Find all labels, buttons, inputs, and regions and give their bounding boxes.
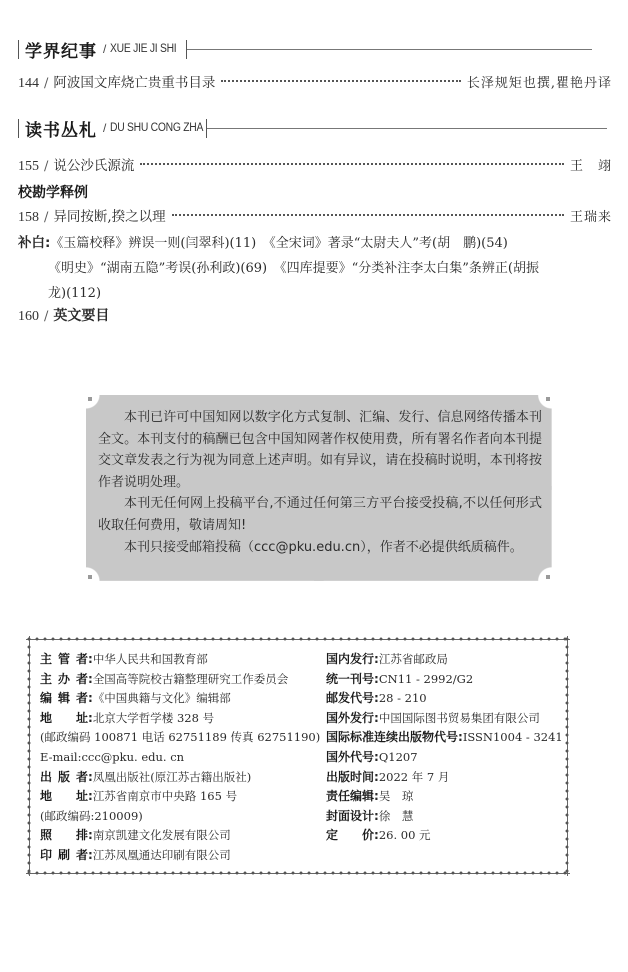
masthead-row: 主办者:全国高等院校古籍整理研究工作委员会 [40,670,320,690]
publication-masthead: 主管者:中华人民共和国教育部 主办者:全国高等院校古籍整理研究工作委员会 编辑者… [26,636,570,876]
masthead-row: 定价:26. 00 元 [326,826,563,846]
masthead-key: 封面设计 [326,807,374,827]
toc-author: 王 翊 [570,157,612,177]
toc-leader-dots [221,80,460,82]
masthead-row: 地址:江苏省南京市中央路 165 号 [40,787,320,807]
copyright-notice: 本刊已许可中国知网以数字化方式复制、汇编、发行、信息网络传播本刊全文。本刊支付的… [86,395,552,581]
masthead-left-column: 主管者:中华人民共和国教育部 主办者:全国高等院校古籍整理研究工作委员会 编辑者… [40,650,320,866]
masthead-row: 出版时间:2022 年 7 月 [326,768,563,788]
masthead-value: 南京凯建文化发展有限公司 [93,826,231,846]
masthead-row: 出版者:凤凰出版社(原江苏古籍出版社) [40,768,320,788]
toc-title: 异同按断,揆之以理 [53,207,165,227]
masthead-key: 地址 [40,787,88,807]
ornamental-border-top [26,636,570,642]
toc-title: 英文要目 [53,306,109,326]
masthead-value: (邮政编码 100871 电话 62751189 传真 62751190) [40,728,320,748]
toc-separator: / [44,307,48,327]
masthead-key: 出版时间 [326,768,374,788]
masthead-row: 印刷者:江苏凤凰通达印刷有限公司 [40,846,320,866]
masthead-value: 28 - 210 [379,689,427,709]
masthead-row: 责任编辑:吴 琼 [326,787,563,807]
masthead-key: 国际标准连续出版物代号 [326,728,458,748]
toc-entry[interactable]: 155 / 说公沙氏源流 王 翊 [18,156,612,176]
masthead-value: 《中国典籍与文化》编辑部 [93,689,231,709]
masthead-key: 地址 [40,709,88,729]
masthead-value: 吴 琼 [379,787,414,807]
masthead-value: 26. 00 元 [379,826,431,846]
toc-separator: / [44,208,48,228]
masthead-key: 国外代号 [326,748,374,768]
masthead-row: 主管者:中华人民共和国教育部 [40,650,320,670]
masthead-row: 编辑者:《中国典籍与文化》编辑部 [40,689,320,709]
masthead-row: E-mail:ccc@pku. edu. cn [40,748,320,768]
section-title-cn: 读书丛札 [25,116,97,141]
masthead-value: 江苏省南京市中央路 165 号 [93,787,237,807]
masthead-value: (邮政编码:210009) [40,807,143,827]
masthead-row: 封面设计:徐 慧 [326,807,563,827]
supplement-line: 补白:《玉篇校释》辨误一则(闫翠科)(11) 《全宋词》著录“太尉夫人”考(胡 … [18,231,612,256]
masthead-key: 定价 [326,826,374,846]
masthead-key: 主办者 [40,670,88,690]
section-title-en: DU SHU CONG ZHA [110,122,203,134]
header-bar [18,119,19,138]
masthead-row: 国内发行:江苏省邮政局 [326,650,563,670]
notice-text: 本刊已许可中国知网以数字化方式复制、汇编、发行、信息网络传播本刊全文。本刊支付的… [98,407,542,558]
toc-page-number: 155 [18,157,39,177]
section-slash: / [103,42,106,56]
masthead-right-column: 国内发行:江苏省邮政局 统一刊号:CN11 - 2992/G2 邮发代号:28 … [326,650,563,846]
supplement-block: 补白:《玉篇校释》辨误一则(闫翠科)(11) 《全宋词》著录“太尉夫人”考(胡 … [18,231,612,306]
corner-dot [88,397,92,401]
corner-dot [546,575,550,579]
masthead-email[interactable]: E-mail:ccc@pku. edu. cn [40,748,184,768]
subsection-title: 校勘学释例 [18,182,88,202]
ornamental-border-right [564,636,570,876]
header-bar [18,40,19,59]
masthead-row: 国外发行:中国国际图书贸易集团有限公司 [326,709,563,729]
corner-dot [88,575,92,579]
masthead-value: 凤凰出版社(原江苏古籍出版社) [93,768,251,788]
toc-author: 王瑞来 [570,208,612,228]
masthead-value: Q1207 [379,748,418,768]
section-title-en: XUE JIE JI SHI [110,43,176,55]
header-rule [187,49,592,50]
toc-page-number: 160 [18,307,39,327]
masthead-key: 主管者 [40,650,88,670]
masthead-value: 中国国际图书贸易集团有限公司 [379,709,540,729]
masthead-value: 江苏省邮政局 [379,650,448,670]
masthead-value: CN11 - 2992/G2 [379,670,473,690]
masthead-row: 照排:南京凯建文化发展有限公司 [40,826,320,846]
ornamental-border-bottom [26,870,570,876]
supplement-text: 龙)(112) [18,281,612,306]
toc-page-number: 144 [18,74,39,94]
masthead-value: 江苏凤凰通达印刷有限公司 [93,846,231,866]
header-rule [207,128,607,129]
masthead-row: 统一刊号:CN11 - 2992/G2 [326,670,563,690]
ornamental-border-left [26,636,32,876]
masthead-row: (邮政编码:210009) [40,807,320,827]
masthead-value: ISSN1004 - 3241 [463,728,563,748]
masthead-key: 邮发代号 [326,689,374,709]
masthead-key: 责任编辑 [326,787,374,807]
masthead-key: 编辑者 [40,689,88,709]
toc-entry[interactable]: 158 / 异同按断,揆之以理 王瑞来 [18,207,612,227]
section-header-xuejie: 学界纪事 / XUE JIE JI SHI [18,37,610,61]
masthead-key: 国外发行 [326,709,374,729]
supplement-text[interactable]: 《玉篇校释》辨误一则(闫翠科)(11) 《全宋词》著录“太尉夫人”考(胡 鹏)(… [50,236,507,251]
toc-separator: / [44,157,48,177]
masthead-key: 印刷者 [40,846,88,866]
corner-dot [546,397,550,401]
toc-author: 长泽规矩也撰,瞿艳丹译 [467,74,612,94]
masthead-row: 邮发代号:28 - 210 [326,689,563,709]
masthead-value: 全国高等院校古籍整理研究工作委员会 [93,670,289,690]
masthead-key: 照排 [40,826,88,846]
supplement-text[interactable]: 《明史》“湖南五隐”考误(孙利政)(69) 《四库提要》“分类补注李太白集”条辨… [18,256,612,281]
masthead-row: 国外代号:Q1207 [326,748,563,768]
toc-entry[interactable]: 160 / 英文要目 [18,306,612,326]
masthead-row: 国际标准连续出版物代号:ISSN1004 - 3241 [326,728,563,748]
masthead-value: 徐 慧 [379,807,414,827]
masthead-key: 国内发行 [326,650,374,670]
toc-separator: / [44,74,48,94]
masthead-value: 中华人民共和国教育部 [93,650,208,670]
masthead-value: 2022 年 7 月 [379,768,450,788]
supplement-label: 补白: [18,235,50,251]
toc-leader-dots [172,214,564,216]
notice-paragraph: 本刊已许可中国知网以数字化方式复制、汇编、发行、信息网络传播本刊全文。本刊支付的… [98,407,542,493]
section-header-dushu: 读书丛札 / DU SHU CONG ZHA [18,116,628,140]
toc-entry[interactable]: 144 / 阿波国文库烧亡贵重书目录 长泽规矩也撰,瞿艳丹译 [18,73,612,93]
toc-leader-dots [140,163,564,165]
toc-title: 阿波国文库烧亡贵重书目录 [53,73,215,93]
toc-title: 说公沙氏源流 [53,156,134,176]
notice-paragraph: 本刊只接受邮箱投稿（ccc@pku.edu.cn），作者不必提供纸质稿件。 [98,537,542,559]
masthead-value: 北京大学哲学楼 328 号 [93,709,214,729]
masthead-key: 出版者 [40,768,88,788]
notice-paragraph: 本刊无任何网上投稿平台,不通过任何第三方平台接受投稿,不以任何形式收取任何费用，… [98,493,542,536]
masthead-row: (邮政编码 100871 电话 62751189 传真 62751190) [40,728,320,748]
toc-page-number: 158 [18,208,39,228]
section-slash: / [103,121,106,135]
masthead-key: 统一刊号 [326,670,374,690]
masthead-row: 地址:北京大学哲学楼 328 号 [40,709,320,729]
section-title-cn: 学界纪事 [25,37,97,62]
